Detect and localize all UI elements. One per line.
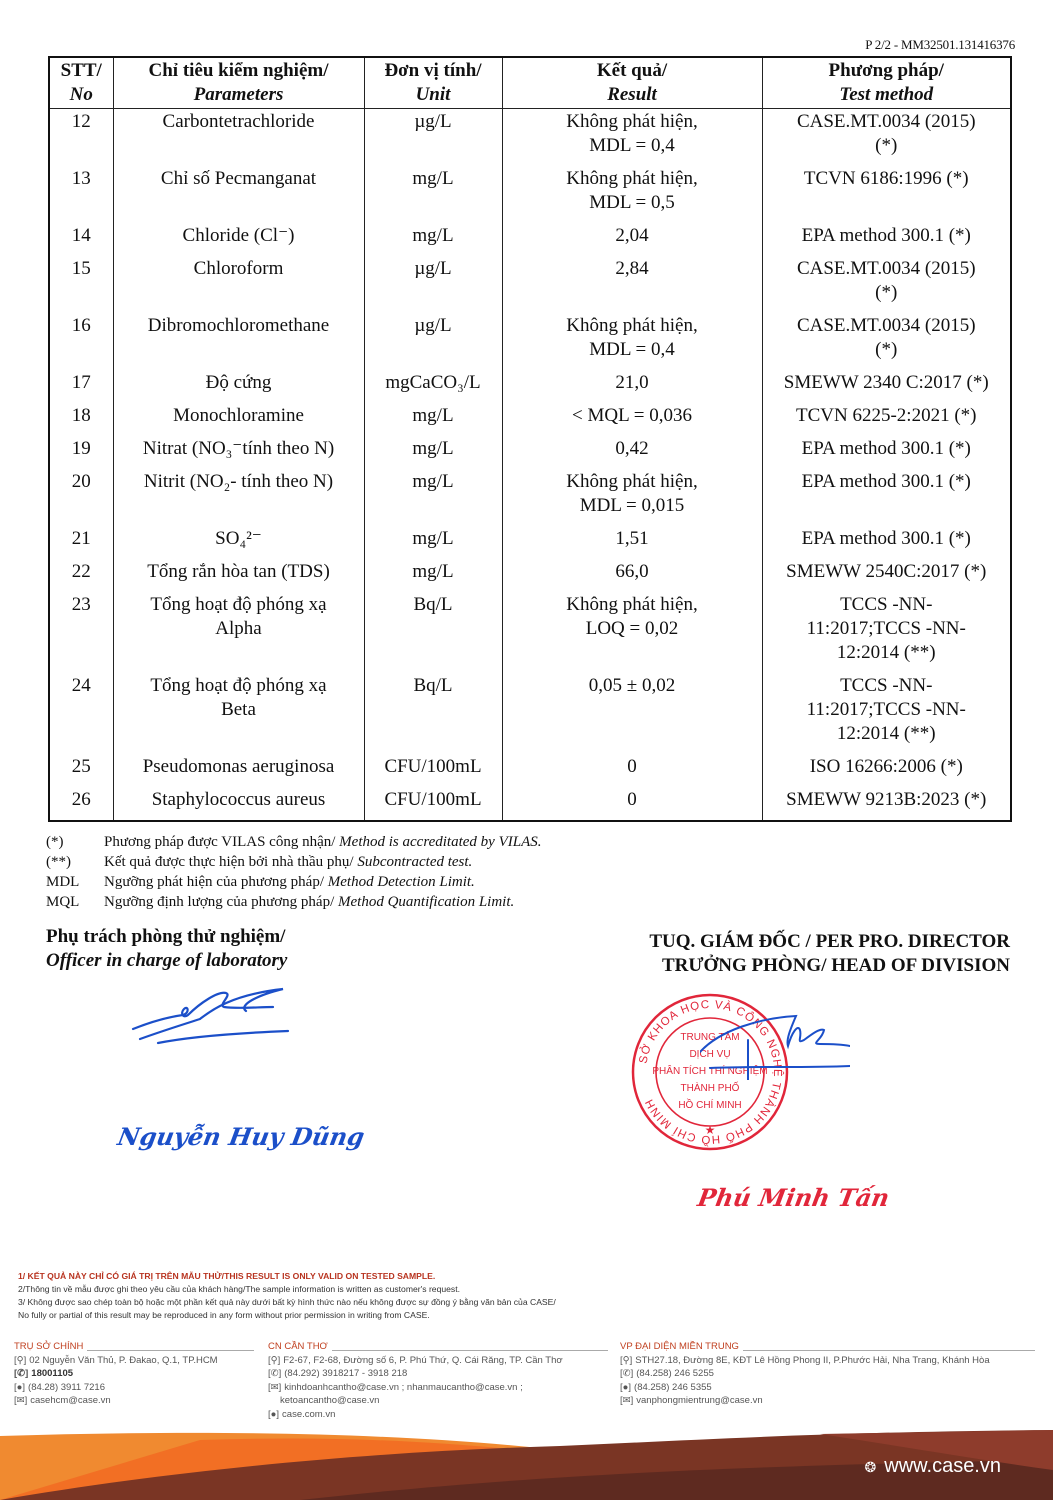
parameter-name: Dibromochloromethane [113,313,364,370]
row-number: 23 [49,592,113,673]
phone-icon: [✆] [620,1368,633,1379]
test-method: TCCS -NN- 11:2017;TCCS -NN- 12:2014 (**) [762,592,1011,673]
office-headquarters: TRỤ SỞ CHÍNH [⚲]02 Nguyễn Văn Thủ, P. Đa… [14,1340,254,1408]
test-method: EPA method 300.1 (*) [762,526,1011,559]
row-number: 17 [49,370,113,403]
parameter-name: Staphylococcus aureus [113,787,364,821]
location-icon: [⚲] [268,1355,280,1366]
unit: mg/L [364,526,502,559]
lab-officer-signature [128,985,298,1045]
director-name: Phú Minh Tấn [695,1183,891,1212]
result-value: Không phát hiện, LOQ = 0,02 [502,592,762,673]
director-title-line2: TRƯỞNG PHÒNG/ HEAD OF DIVISION [649,954,1010,978]
footnote: (*)Phương pháp được VILAS công nhận/ Met… [46,832,541,852]
parameter-name: Tổng hoạt độ phóng xạ Beta [113,673,364,754]
fax-icon: [●] [620,1382,631,1393]
test-method: SMEWW 2340 C:2017 (*) [762,370,1011,403]
table-row: 25Pseudomonas aeruginosaCFU/100mL0ISO 16… [49,754,1011,787]
table-row: 18Monochloraminemg/L< MQL = 0,036TCVN 62… [49,403,1011,436]
table-row: 23Tổng hoạt độ phóng xạ AlphaBq/LKhông p… [49,592,1011,673]
row-number: 24 [49,673,113,754]
footnote: MDLNgưỡng phát hiện của phương pháp/ Met… [46,872,541,892]
row-number: 26 [49,787,113,821]
stamp-text: HỒ CHÍ MINH [678,1098,741,1111]
director-title-line1: TUQ. GIÁM ĐỐC / PER PRO. DIRECTOR [649,930,1010,954]
parameter-name: Chỉ số Pecmanganat [113,166,364,223]
office-can-tho: CN CẦN THƠ [⚲]F2-67, F2-68, Đường số 6, … [268,1340,608,1421]
result-value: Không phát hiện, MDL = 0,5 [502,166,762,223]
result-value: Không phát hiện, MDL = 0,015 [502,469,762,526]
test-method: CASE.MT.0034 (2015) (*) [762,313,1011,370]
parameter-name: Nitrit (NO₂- tính theo N) [113,469,364,526]
table-row: 12Carbontetrachlorideµg/LKhông phát hiện… [49,109,1011,167]
test-method: EPA method 300.1 (*) [762,469,1011,526]
email-icon: [✉] [14,1395,27,1406]
table-row: 26Staphylococcus aureusCFU/100mL0SMEWW 9… [49,787,1011,821]
lab-officer-title-en: Officer in charge of laboratory [46,949,287,973]
unit: µg/L [364,256,502,313]
web-icon: [●] [268,1409,279,1420]
email-link[interactable]: kinhdoanhcantho@case.vn ; nhanmaucantho@… [284,1382,522,1393]
footnote-text: Ngưỡng định lượng của phương pháp/ Metho… [104,892,514,912]
disclaimer-line-3: 3/ Không được sao chép toàn bộ hoặc một … [18,1296,556,1309]
parameter-name: Monochloramine [113,403,364,436]
row-number: 12 [49,109,113,167]
footnote-key: (**) [46,852,104,872]
test-method: TCVN 6186:1996 (*) [762,166,1011,223]
email-link[interactable]: ketoancantho@case.vn [280,1395,379,1406]
row-number: 25 [49,754,113,787]
location-icon: [⚲] [620,1355,632,1366]
unit: mg/L [364,166,502,223]
email-link[interactable]: casehcm@case.vn [30,1395,110,1406]
table-row: 21SO₄²⁻mg/L1,51EPA method 300.1 (*) [49,526,1011,559]
test-method: CASE.MT.0034 (2015) (*) [762,109,1011,167]
footnote: (**) Kết quả được thực hiện bởi nhà thầu… [46,852,541,872]
unit: mg/L [364,559,502,592]
unit: µg/L [364,313,502,370]
test-method: EPA method 300.1 (*) [762,436,1011,469]
unit: µg/L [364,109,502,167]
table-row: 22Tổng rắn hòa tan (TDS)mg/L66,0SMEWW 25… [49,559,1011,592]
row-number: 15 [49,256,113,313]
header-unit: Đơn vị tính/Unit [364,57,502,109]
unit: Bq/L [364,592,502,673]
parameter-name: Chloroform [113,256,364,313]
result-value: 1,51 [502,526,762,559]
footnote-key: (*) [46,832,104,852]
result-value: Không phát hiện, MDL = 0,4 [502,109,762,167]
director-title: TUQ. GIÁM ĐỐC / PER PRO. DIRECTOR TRƯỞNG… [649,930,1010,978]
result-value: 2,84 [502,256,762,313]
disclaimer-line-4: No fully or partial of this result may b… [18,1309,556,1322]
footnote-text: Ngưỡng phát hiện của phương pháp/ Method… [104,872,475,892]
table-row: 14Chloride (Cl⁻)mg/L2,04EPA method 300.1… [49,223,1011,256]
table-row: 19Nitrat (NO₃⁻tính theo N)mg/L0,42EPA me… [49,436,1011,469]
email-link[interactable]: vanphongmientrung@case.vn [636,1395,762,1406]
result-value: 0,05 ± 0,02 [502,673,762,754]
parameter-name: Độ cứng [113,370,364,403]
results-table: STT/No Chỉ tiêu kiểm nghiệm/Parameters Đ… [48,56,1012,822]
svg-text:★: ★ [705,1123,716,1137]
footnote: MQLNgưỡng định lượng của phương pháp/ Me… [46,892,541,912]
row-number: 21 [49,526,113,559]
table-row: 16Dibromochloromethaneµg/LKhông phát hiệ… [49,313,1011,370]
unit: mgCaCO₃/L [364,370,502,403]
row-number: 19 [49,436,113,469]
parameter-name: Tổng rắn hòa tan (TDS) [113,559,364,592]
result-value: 66,0 [502,559,762,592]
parameter-name: Nitrat (NO₃⁻tính theo N) [113,436,364,469]
parameter-name: Carbontetrachloride [113,109,364,167]
test-method: EPA method 300.1 (*) [762,223,1011,256]
unit: CFU/100mL [364,754,502,787]
stamp-text: THÀNH PHỐ [681,1080,740,1094]
disclaimer-line-1: 1/ KẾT QUẢ NÀY CHỈ CÓ GIÁ TRỊ TRÊN MẪU T… [18,1270,556,1283]
result-value: 2,04 [502,223,762,256]
email-icon: [✉] [268,1382,281,1393]
footnote-key: MDL [46,872,104,892]
footnotes: (*)Phương pháp được VILAS công nhận/ Met… [46,832,541,912]
unit: Bq/L [364,673,502,754]
row-number: 22 [49,559,113,592]
test-method: CASE.MT.0034 (2015) (*) [762,256,1011,313]
test-method: SMEWW 2540C:2017 (*) [762,559,1011,592]
director-signature [700,1010,850,1080]
footnote-text: Phương pháp được VILAS công nhận/ Method… [104,832,541,852]
row-number: 16 [49,313,113,370]
table-row: 17Độ cứngmgCaCO₃/L21,0SMEWW 2340 C:2017 … [49,370,1011,403]
parameter-name: Chloride (Cl⁻) [113,223,364,256]
hotline: 18001105 [31,1368,73,1379]
email-icon: [✉] [620,1395,633,1406]
lab-officer-title-vi: Phụ trách phòng thử nghiệm/ [46,925,287,949]
web-link[interactable]: case.com.vn [282,1409,335,1420]
fax-icon: [●] [14,1382,25,1393]
result-value: Không phát hiện, MDL = 0,4 [502,313,762,370]
office-name: VP ĐẠI DIỆN MIỀN TRUNG [620,1340,739,1354]
row-number: 13 [49,166,113,223]
parameter-name: Tổng hoạt độ phóng xạ Alpha [113,592,364,673]
unit: mg/L [364,436,502,469]
result-value: < MQL = 0,036 [502,403,762,436]
unit: mg/L [364,403,502,436]
office-central: VP ĐẠI DIỆN MIỀN TRUNG [⚲]STH27.18, Đườn… [620,1340,1035,1408]
globe-icon: ❂ [865,1459,877,1475]
header-parameters: Chỉ tiêu kiểm nghiệm/Parameters [113,57,364,109]
test-method: SMEWW 9213B:2023 (*) [762,787,1011,821]
row-number: 18 [49,403,113,436]
test-method: ISO 16266:2006 (*) [762,754,1011,787]
report-page-reference: P 2/2 - MM32501.131416376 [865,37,1015,53]
footnote-key: MQL [46,892,104,912]
table-row: 15Chloroformµg/L2,84CASE.MT.0034 (2015) … [49,256,1011,313]
location-icon: [⚲] [14,1355,26,1366]
result-value: 21,0 [502,370,762,403]
phone-icon: [✆] [268,1368,281,1379]
test-method: TCCS -NN- 11:2017;TCCS -NN- 12:2014 (**) [762,673,1011,754]
result-value: 0 [502,787,762,821]
header-test-method: Phương pháp/Test method [762,57,1011,109]
phone-icon: [✆] [14,1368,28,1379]
lab-officer-title: Phụ trách phòng thử nghiệm/ Officer in c… [46,925,287,973]
table-header-row: STT/No Chỉ tiêu kiểm nghiệm/Parameters Đ… [49,57,1011,109]
table-row: 13Chỉ số Pecmanganatmg/LKhông phát hiện,… [49,166,1011,223]
office-name: TRỤ SỞ CHÍNH [14,1340,83,1354]
table-row: 20Nitrit (NO₂- tính theo N)mg/LKhông phá… [49,469,1011,526]
disclaimer-line-2: 2/Thông tin về mẫu được ghi theo yêu cầu… [18,1283,556,1296]
table-row: 24Tổng hoạt độ phóng xạ BetaBq/L0,05 ± 0… [49,673,1011,754]
lab-officer-name: Nguyễn Huy Dũng [115,1122,366,1151]
footnote-text: Kết quả được thực hiện bởi nhà thầu phụ/… [104,852,472,872]
unit: mg/L [364,469,502,526]
unit: mg/L [364,223,502,256]
parameter-name: Pseudomonas aeruginosa [113,754,364,787]
office-name: CN CẦN THƠ [268,1340,328,1354]
unit: CFU/100mL [364,787,502,821]
parameter-name: SO₄²⁻ [113,526,364,559]
result-value: 0 [502,754,762,787]
header-result: Kết quả/Result [502,57,762,109]
row-number: 14 [49,223,113,256]
result-value: 0,42 [502,436,762,469]
website-link[interactable]: ❂www.case.vn [865,1455,1001,1478]
row-number: 20 [49,469,113,526]
test-method: TCVN 6225-2:2021 (*) [762,403,1011,436]
disclaimer: 1/ KẾT QUẢ NÀY CHỈ CÓ GIÁ TRỊ TRÊN MẪU T… [18,1270,556,1322]
header-no: STT/No [49,57,113,109]
